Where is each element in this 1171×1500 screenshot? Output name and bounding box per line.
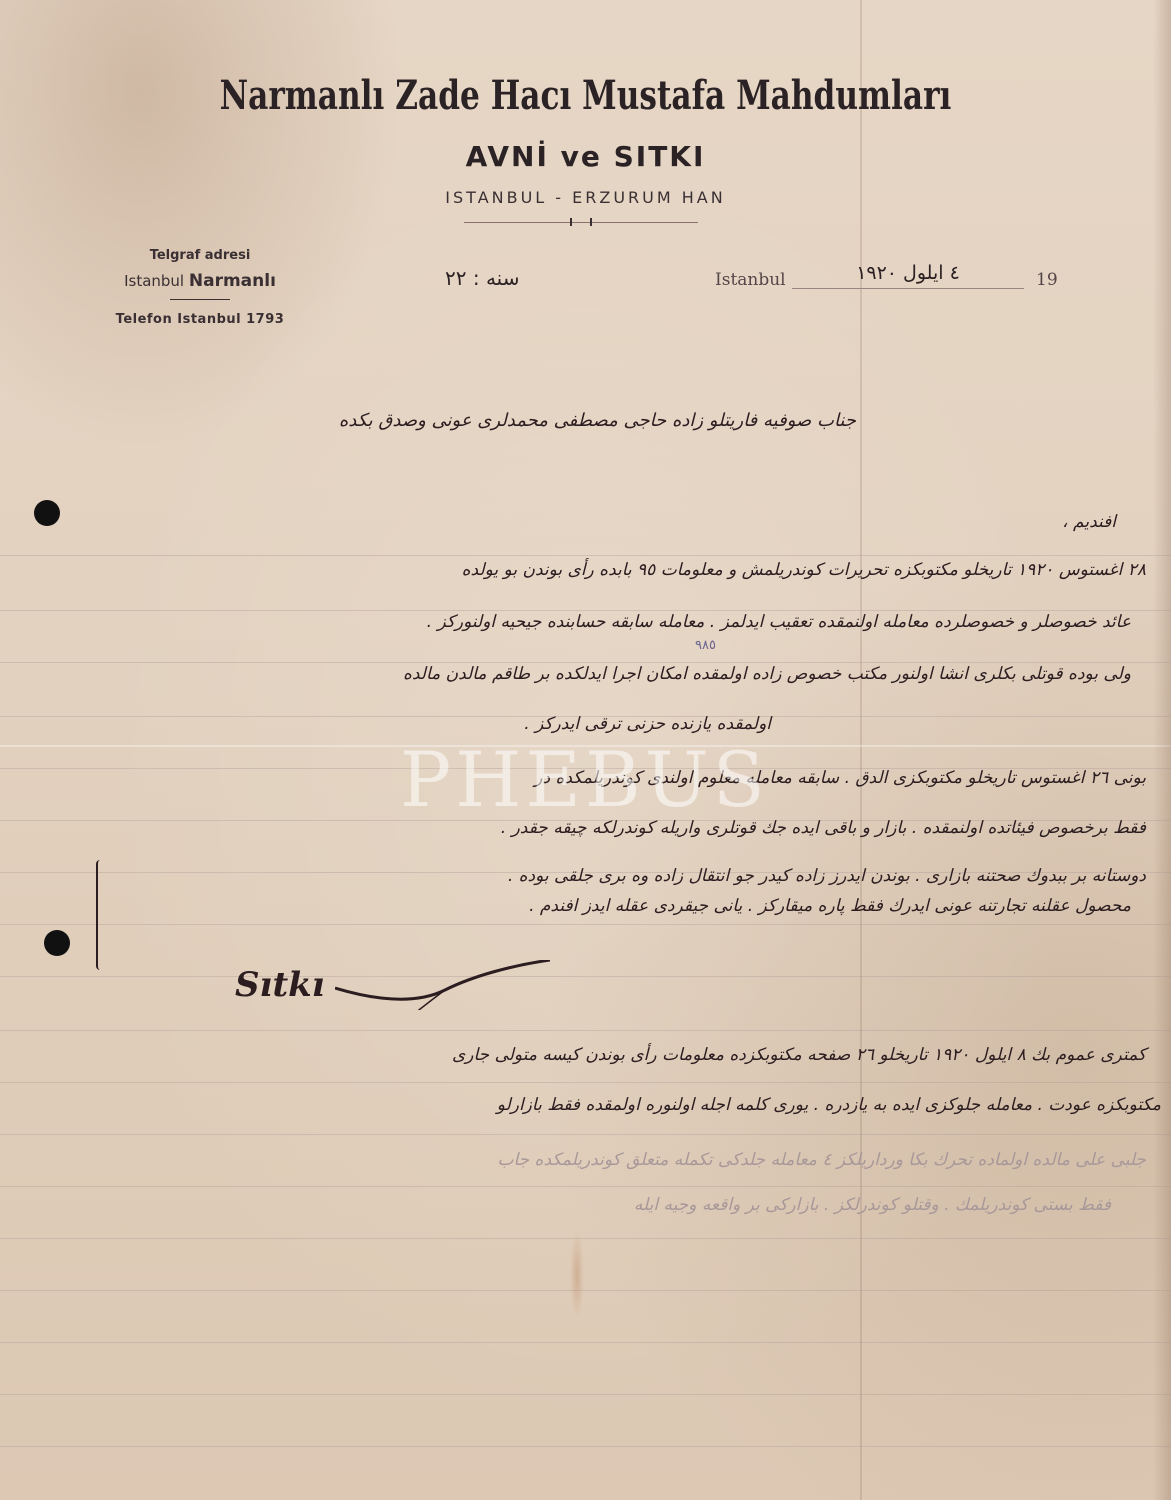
ruled-line [0, 1342, 1171, 1343]
date-city-label: Istanbul [715, 270, 786, 290]
signature: Sıtkı [235, 965, 325, 1005]
signature-flourish [335, 960, 550, 1010]
postscript-line: مكتوبكزه عودت . معامله جلوكزى ايده به يا… [497, 1095, 1161, 1115]
body-line: عائد خصوصلر و خصوصلرده معامله اولنمقده ت… [427, 612, 1131, 632]
ruled-line [0, 1290, 1171, 1291]
body-line: ولى بوده قوتلى بكلرى انشا اولنور مكتب خص… [403, 664, 1131, 684]
letterhead-partners: AVNİ ve SITKI [0, 140, 1171, 173]
letter-sheet: Narmanlı Zade Hacı Mustafa Mahdumları AV… [0, 0, 1171, 1500]
date-handwritten: ٤ ايلول ١٩٢٠ [792, 262, 1024, 289]
punch-hole [44, 930, 70, 956]
ruled-line [0, 1446, 1171, 1447]
ruled-line [0, 610, 1171, 611]
ruled-line [0, 1134, 1171, 1135]
margin-annotation: ٩٨٥ [695, 638, 716, 653]
body-line: محصول عقلنه تجارتنه عونى ايدرك فقط پاره … [529, 896, 1131, 916]
salutation: جناب صوفيه فاريتلو زاده حاجى مصطفى محمدل… [339, 410, 856, 431]
telegraph-name: Narmanlı [189, 271, 276, 291]
postscript-line-faint: جلبى على مالده اولماده تحرك بكا ورداريلك… [497, 1150, 1146, 1170]
ruled-line [0, 1238, 1171, 1239]
margin-bracket-mark [96, 860, 104, 970]
paper-stain [570, 1230, 584, 1320]
ruled-line [0, 1186, 1171, 1187]
ruled-line [0, 1394, 1171, 1395]
telephone: Telefon Istanbul 1793 [100, 312, 300, 327]
telegraph-city: Istanbul [124, 272, 184, 290]
ruled-line [0, 662, 1171, 663]
paper-edge-shadow [1153, 0, 1171, 1500]
ruled-line [0, 924, 1171, 925]
vertical-fold-crease [860, 0, 862, 1500]
contact-ornament [170, 299, 230, 300]
telegraph-label: Telgraf adresi [100, 248, 300, 263]
ruled-line [0, 555, 1171, 556]
ruled-line [0, 976, 1171, 977]
postscript-line-faint: فقط بستى كوندريلمك . وقتلو كوندرلكز . با… [634, 1195, 1111, 1215]
ruled-line [0, 1082, 1171, 1083]
body-line: اولمقده يازنده حزنى ترقى ايدركز . [524, 714, 771, 734]
watermark: PHEBUS [400, 735, 769, 824]
body-line: دوستانه بر ببدوك صحتنه بازارى . بوندن اي… [508, 866, 1146, 886]
ruled-line [0, 1030, 1171, 1031]
postscript-line: كمترى عموم بك ٨ ايلول ١٩٢٠ تاريخلو ٢٦ صف… [452, 1045, 1146, 1065]
contact-block: Telgraf adresi Istanbul Narmanlı Telefon… [100, 248, 300, 327]
year-prefix: 19 [1036, 270, 1058, 290]
opening: افنديم ، [1062, 512, 1116, 532]
letterhead-firm-name: Narmanlı Zade Hacı Mustafa Mahdumları [129, 72, 1042, 119]
body-line: ٢٨ اغستوس ١٩٢٠ تاريخلو مكتوبكزه تحريرات … [462, 560, 1146, 580]
letterhead-address: ISTANBUL - ERZURUM HAN [0, 188, 1171, 207]
punch-hole [34, 500, 60, 526]
letterhead-ornament-center [570, 218, 592, 226]
reference-number: سنه : ٢٢ [445, 266, 519, 290]
telegraph-address: Istanbul Narmanlı [100, 271, 300, 291]
